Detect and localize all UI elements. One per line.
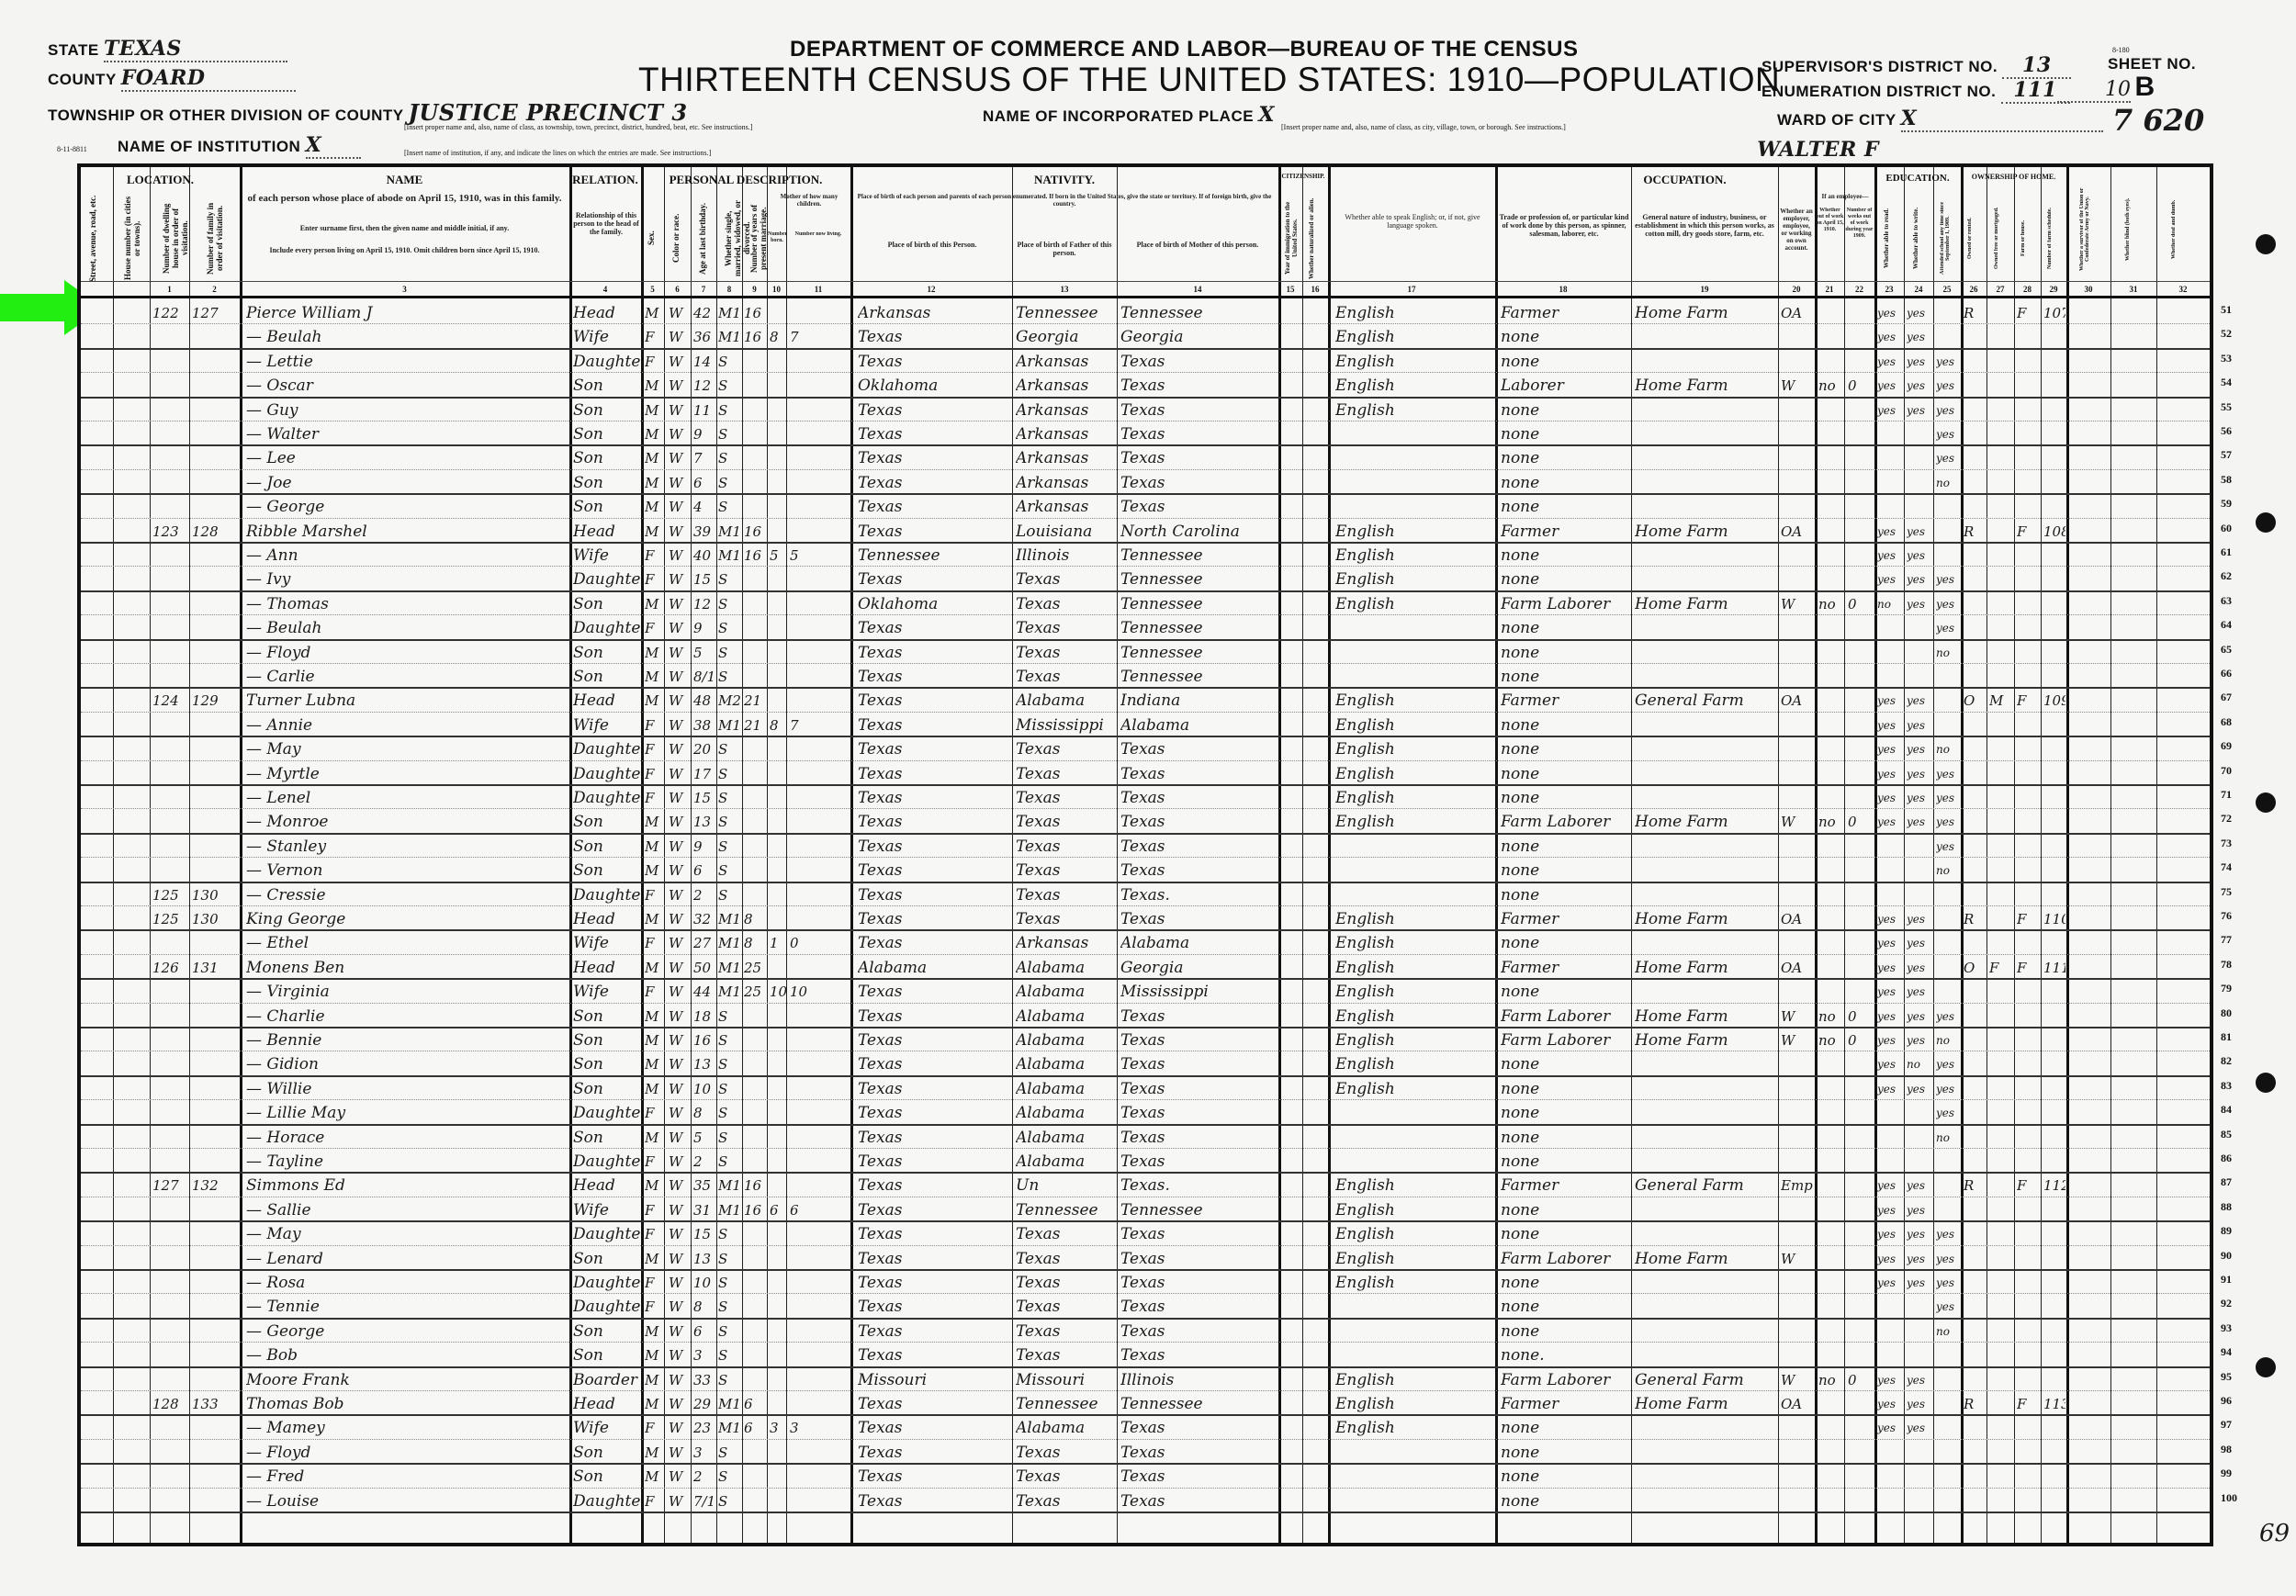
weeks-out	[1848, 323, 1873, 347]
header-sex: Sex.	[647, 195, 656, 282]
birthplace-person: Oklahoma	[858, 590, 1010, 614]
table-row: — MyrtleDaughterFW17STexasTexasTexasEngl…	[81, 760, 2210, 786]
owned-rented	[1964, 639, 1986, 663]
age: 38	[693, 712, 715, 736]
employer-status	[1781, 614, 1814, 638]
employer-status	[1781, 1463, 1814, 1487]
line-number: 72	[2221, 812, 2232, 826]
employer-status	[1781, 1197, 1814, 1220]
farm-schedule: 107	[2043, 299, 2065, 323]
attended-school: yes	[1936, 833, 1960, 857]
children-living	[790, 1318, 810, 1342]
employer-status	[1781, 639, 1814, 663]
birthplace-father: Alabama	[1016, 1027, 1115, 1051]
column-number: 10	[767, 285, 786, 294]
weeks-out	[1848, 518, 1873, 542]
relation: Wife	[573, 712, 641, 736]
line-number: 81	[2221, 1030, 2232, 1044]
mortgaged	[1989, 1463, 2013, 1487]
years-married: 16	[744, 542, 766, 566]
table-row: — VirginiaWifeFW44M1251010TexasAlabamaMi…	[81, 978, 2210, 1003]
children-born	[770, 736, 786, 759]
header-blind: Whether blind (both eyes).	[2125, 176, 2131, 282]
birthplace-person: Texas	[858, 444, 1010, 468]
sex: M	[645, 444, 663, 468]
employer-status: Emp	[1781, 1172, 1814, 1196]
birthplace-mother: Texas	[1120, 493, 1277, 517]
person-name: — Carlie	[246, 663, 568, 687]
birthplace-person: Texas	[858, 1342, 1010, 1366]
color: W	[669, 1488, 689, 1512]
line-number: 52	[2221, 327, 2232, 341]
trade: Farmer	[1501, 905, 1629, 929]
column-number: 22	[1844, 285, 1874, 294]
line-number: 90	[2221, 1249, 2232, 1263]
column-number: 8	[716, 285, 742, 294]
farm-schedule: 110	[2043, 905, 2065, 929]
table-row: 125130King GeorgeHeadMW32M18TexasTexasTe…	[81, 905, 2210, 931]
can-write	[1907, 421, 1932, 444]
birthplace-mother: Texas	[1120, 808, 1277, 832]
table-row: — BennieSonMW16STexasAlabamaTexasEnglish…	[81, 1027, 2210, 1051]
trade: Farm Laborer	[1501, 1366, 1629, 1390]
weeks-out	[1848, 1390, 1873, 1414]
out-of-work	[1818, 1172, 1843, 1196]
header-language: Whether able to speak English; or, if no…	[1332, 213, 1493, 230]
person-name: — Guy	[246, 397, 568, 421]
family-number	[192, 1220, 238, 1244]
incorporated-place-field: Name of incorporated place X	[983, 103, 1275, 127]
attended-school	[1936, 712, 1960, 736]
can-write	[1907, 444, 1932, 468]
attended-school: yes	[1936, 372, 1960, 396]
out-of-work	[1818, 1148, 1843, 1172]
dwelling-number: 125	[152, 905, 189, 929]
group-location: LOCATION.	[81, 173, 240, 187]
farm-house	[2017, 566, 2040, 590]
birthplace-person: Missouri	[858, 1366, 1010, 1390]
language: English	[1335, 1027, 1493, 1051]
age: 17	[693, 760, 715, 784]
birthplace-mother: Texas	[1120, 1439, 1277, 1463]
family-number	[192, 1148, 238, 1172]
owned-rented	[1964, 1197, 1986, 1220]
relation: Daughter	[573, 1269, 641, 1293]
weeks-out	[1848, 1172, 1873, 1196]
birthplace-father: Texas	[1016, 905, 1115, 929]
farm-house	[2017, 1075, 2040, 1099]
birthplace-person: Texas	[858, 1124, 1010, 1148]
mortgaged	[1989, 1269, 2013, 1293]
birthplace-mother: Tennessee	[1120, 590, 1277, 614]
relation: Head	[573, 954, 641, 978]
owned-rented	[1964, 1318, 1986, 1342]
weeks-out	[1848, 929, 1873, 953]
person-name: — Ivy	[246, 566, 568, 590]
children-living	[790, 954, 810, 978]
mortgaged	[1989, 614, 2013, 638]
employer-status	[1781, 566, 1814, 590]
attended-school	[1936, 542, 1960, 566]
children-born	[770, 954, 786, 978]
trade: none	[1501, 542, 1629, 566]
family-number: 128	[192, 518, 238, 542]
age: 2	[693, 1463, 715, 1487]
farm-house	[2017, 929, 2040, 953]
line-number: 86	[2221, 1152, 2232, 1165]
relation: Son	[573, 1075, 641, 1099]
farm-schedule	[2043, 542, 2065, 566]
birthplace-person: Texas	[858, 1197, 1010, 1220]
out-of-work	[1818, 833, 1843, 857]
employer-status: W	[1781, 590, 1814, 614]
age: 48	[693, 687, 715, 711]
family-number	[192, 542, 238, 566]
out-of-work	[1818, 493, 1843, 517]
farm-house	[2017, 1124, 2040, 1148]
industry	[1635, 566, 1776, 590]
family-number	[192, 469, 238, 493]
can-read: yes	[1877, 760, 1903, 784]
years-married	[744, 639, 766, 663]
owned-rented	[1964, 663, 1986, 687]
industry	[1635, 978, 1776, 1002]
birthplace-person: Texas	[858, 760, 1010, 784]
children-living	[790, 1027, 810, 1051]
can-write	[1907, 1342, 1932, 1366]
birthplace-person: Texas	[858, 736, 1010, 759]
children-born	[770, 614, 786, 638]
trade: Laborer	[1501, 372, 1629, 396]
years-married	[744, 1003, 766, 1027]
can-write: yes	[1907, 372, 1932, 396]
children-born	[770, 1293, 786, 1317]
color: W	[669, 1148, 689, 1172]
employer-status: W	[1781, 372, 1814, 396]
owned-rented	[1964, 1220, 1986, 1244]
line-number: 57	[2221, 448, 2232, 462]
owned-rented	[1964, 323, 1986, 347]
line-number: 62	[2221, 569, 2232, 583]
group-nativity: NATIVITY.	[850, 173, 1278, 187]
line-number: 64	[2221, 618, 2232, 632]
header-birth-mother: Place of birth of Mother of this person.	[1119, 241, 1277, 249]
weeks-out	[1848, 1488, 1873, 1512]
years-married	[744, 857, 766, 881]
color: W	[669, 1414, 689, 1438]
farm-schedule	[2043, 1220, 2065, 1244]
can-read: yes	[1877, 954, 1903, 978]
attended-school	[1936, 323, 1960, 347]
birthplace-father: Alabama	[1016, 1051, 1115, 1074]
trade: none	[1501, 760, 1629, 784]
table-row: — MameyWifeFW23M1633TexasAlabamaTexasEng…	[81, 1414, 2210, 1439]
farm-schedule	[2043, 1124, 2065, 1148]
language: English	[1335, 808, 1493, 832]
can-read: yes	[1877, 518, 1903, 542]
birthplace-mother: Texas	[1120, 857, 1277, 881]
owned-rented	[1964, 760, 1986, 784]
birthplace-father: Texas	[1016, 1342, 1115, 1366]
mortgaged	[1989, 760, 2013, 784]
age: 10	[693, 1075, 715, 1099]
birthplace-father: Alabama	[1016, 978, 1115, 1002]
children-born	[770, 1027, 786, 1051]
person-name: — Lillie May	[246, 1099, 568, 1123]
column-number: 5	[641, 285, 664, 294]
can-read: yes	[1877, 1245, 1903, 1269]
out-of-work	[1818, 760, 1843, 784]
relation: Daughter	[573, 614, 641, 638]
can-write: yes	[1907, 1197, 1932, 1220]
column-number: 11	[786, 285, 850, 294]
dwelling-number	[152, 469, 189, 493]
language	[1335, 1463, 1493, 1487]
farm-house	[2017, 978, 2040, 1002]
birthplace-person: Oklahoma	[858, 372, 1010, 396]
farm-house	[2017, 1027, 2040, 1051]
owned-rented	[1964, 1366, 1986, 1390]
table-row: — AnnWifeFW40M11655TennesseeIllinoisTenn…	[81, 542, 2210, 567]
relation: Daughter	[573, 1148, 641, 1172]
birthplace-father: Un	[1016, 1172, 1115, 1196]
census-title: THIRTEENTH CENSUS OF THE UNITED STATES: …	[638, 61, 1780, 99]
owned-rented	[1964, 929, 1986, 953]
can-read: yes	[1877, 1027, 1903, 1051]
language: English	[1335, 1172, 1493, 1196]
sex: M	[645, 1172, 663, 1196]
family-number	[192, 1099, 238, 1123]
sex: M	[645, 808, 663, 832]
children-born	[770, 1342, 786, 1366]
years-married	[744, 1269, 766, 1293]
owned-rented	[1964, 397, 1986, 421]
language	[1335, 833, 1493, 857]
person-name: — Floyd	[246, 639, 568, 663]
children-living	[790, 493, 810, 517]
language	[1335, 639, 1493, 663]
industry: Home Farm	[1635, 954, 1776, 978]
line-number: 77	[2221, 933, 2232, 947]
line-number: 59	[2221, 497, 2232, 511]
language	[1335, 663, 1493, 687]
punch-hole-icon	[2256, 792, 2276, 813]
children-living	[790, 687, 810, 711]
farm-schedule	[2043, 1293, 2065, 1317]
dwelling-number	[152, 760, 189, 784]
birthplace-father: Texas	[1016, 639, 1115, 663]
sex: M	[645, 421, 663, 444]
line-number: 98	[2221, 1443, 2232, 1456]
children-born	[770, 905, 786, 929]
language: English	[1335, 978, 1493, 1002]
color: W	[669, 639, 689, 663]
can-write: yes	[1907, 518, 1932, 542]
table-row: — Lillie MayDaughterFW8STexasAlabamaTexa…	[81, 1099, 2210, 1125]
punch-hole-icon	[2256, 1073, 2276, 1093]
dwelling-number	[152, 372, 189, 396]
sex: M	[645, 1075, 663, 1099]
farm-house	[2017, 323, 2040, 347]
language: English	[1335, 1269, 1493, 1293]
industry	[1635, 1051, 1776, 1074]
relation: Son	[573, 590, 641, 614]
years-married: 25	[744, 954, 766, 978]
marital-status: S	[718, 833, 742, 857]
color: W	[669, 1390, 689, 1414]
mortgaged	[1989, 1318, 2013, 1342]
person-name: Thomas Bob	[246, 1390, 568, 1414]
industry	[1635, 929, 1776, 953]
table-row: 123128Ribble MarshelHeadMW39M116TexasLou…	[81, 518, 2210, 544]
employer-status	[1781, 978, 1814, 1002]
mortgaged	[1989, 566, 2013, 590]
language: English	[1335, 1197, 1493, 1220]
table-row: Moore FrankBoarderMW33SMissouriMissouriI…	[81, 1366, 2210, 1391]
language: English	[1335, 784, 1493, 808]
relation: Daughter	[573, 348, 641, 372]
table-row: — FredSonMW2STexasTexasTexasnone	[81, 1463, 2210, 1488]
language: English	[1335, 760, 1493, 784]
owned-rented	[1964, 372, 1986, 396]
dwelling-number: 128	[152, 1390, 189, 1414]
years-married: 25	[744, 978, 766, 1002]
can-read: yes	[1877, 978, 1903, 1002]
age: 27	[693, 929, 715, 953]
marital-status: M1	[718, 1172, 742, 1196]
trade: none	[1501, 1293, 1629, 1317]
column-number: 1	[150, 285, 189, 294]
table-row: — MonroeSonMW13STexasTexasTexasEnglishFa…	[81, 808, 2210, 834]
line-number: 54	[2221, 376, 2232, 389]
employer-status: W	[1781, 1245, 1814, 1269]
farm-schedule	[2043, 372, 2065, 396]
children-born	[770, 687, 786, 711]
birthplace-mother: Texas	[1120, 469, 1277, 493]
farm-house	[2017, 808, 2040, 832]
farm-schedule: 109	[2043, 687, 2065, 711]
can-write: yes	[1907, 736, 1932, 759]
children-living	[790, 1488, 810, 1512]
attended-school: yes	[1936, 444, 1960, 468]
owned-rented: R	[1964, 1172, 1986, 1196]
header-house-number: House number (in cities or towns).	[123, 195, 141, 282]
can-write	[1907, 1099, 1932, 1123]
employer-status	[1781, 1220, 1814, 1244]
table-row: — HoraceSonMW5STexasAlabamaTexasnoneno	[81, 1124, 2210, 1149]
years-married	[744, 1366, 766, 1390]
can-write: yes	[1907, 687, 1932, 711]
birthplace-mother: Texas	[1120, 1342, 1277, 1366]
attended-school: no	[1936, 857, 1960, 881]
industry: General Farm	[1635, 1366, 1776, 1390]
relation: Son	[573, 1245, 641, 1269]
relation: Head	[573, 518, 641, 542]
birthplace-person: Texas	[858, 1318, 1010, 1342]
mortgaged	[1989, 493, 2013, 517]
dwelling-number	[152, 857, 189, 881]
attended-school: yes	[1936, 1220, 1960, 1244]
industry	[1635, 1439, 1776, 1463]
years-married	[744, 663, 766, 687]
out-of-work	[1818, 687, 1843, 711]
dwelling-number	[152, 1488, 189, 1512]
can-read	[1877, 1099, 1903, 1123]
weeks-out	[1848, 1269, 1873, 1293]
birthplace-person: Texas	[858, 348, 1010, 372]
color: W	[669, 348, 689, 372]
industry	[1635, 1269, 1776, 1293]
weeks-out	[1848, 299, 1873, 323]
can-write: yes	[1907, 808, 1932, 832]
trade: none	[1501, 736, 1629, 759]
children-living	[790, 1172, 810, 1196]
out-of-work	[1818, 639, 1843, 663]
children-living	[790, 1099, 810, 1123]
person-name: — Virginia	[246, 978, 568, 1002]
out-of-work	[1818, 323, 1843, 347]
industry	[1635, 348, 1776, 372]
can-read: yes	[1877, 712, 1903, 736]
township-label: Township or other division of county	[48, 107, 403, 124]
birthplace-mother: Texas	[1120, 397, 1277, 421]
mortgaged: F	[1989, 954, 2013, 978]
table-row: 122127Pierce William JHeadMW42M116Arkans…	[81, 299, 2210, 324]
owned-rented	[1964, 857, 1986, 881]
color: W	[669, 784, 689, 808]
employer-status: OA	[1781, 1390, 1814, 1414]
person-name: — George	[246, 1318, 568, 1342]
mortgaged	[1989, 1220, 2013, 1244]
sex: M	[645, 1051, 663, 1074]
township-value: Justice Precinct 3	[409, 99, 688, 126]
family-number	[192, 784, 238, 808]
marital-status: M1	[718, 299, 742, 323]
person-name: — Myrtle	[246, 760, 568, 784]
can-write: yes	[1907, 1269, 1932, 1293]
relation: Son	[573, 1318, 641, 1342]
birthplace-mother: Alabama	[1120, 712, 1277, 736]
age: 33	[693, 1366, 715, 1390]
years-married	[744, 348, 766, 372]
mortgaged	[1989, 1342, 2013, 1366]
birthplace-father: Texas	[1016, 1293, 1115, 1317]
birthplace-father: Arkansas	[1016, 493, 1115, 517]
group-citizenship: CITIZENSHIP.	[1278, 173, 1328, 180]
employer-status	[1781, 469, 1814, 493]
employer-status	[1781, 444, 1814, 468]
children-living	[790, 1220, 810, 1244]
ward-field: Ward of city X	[1777, 107, 2103, 132]
person-name: — Horace	[246, 1124, 568, 1148]
weeks-out	[1848, 712, 1873, 736]
owned-rented	[1964, 784, 1986, 808]
relation: Wife	[573, 323, 641, 347]
children-born	[770, 784, 786, 808]
color: W	[669, 1075, 689, 1099]
out-of-work	[1818, 421, 1843, 444]
industry	[1635, 614, 1776, 638]
marital-status: S	[718, 444, 742, 468]
birthplace-father: Texas	[1016, 1220, 1115, 1244]
family-number	[192, 1245, 238, 1269]
farm-schedule	[2043, 929, 2065, 953]
dwelling-number	[152, 348, 189, 372]
farm-schedule	[2043, 760, 2065, 784]
owned-rented	[1964, 1051, 1986, 1074]
children-living	[790, 857, 810, 881]
marital-status: S	[718, 1148, 742, 1172]
